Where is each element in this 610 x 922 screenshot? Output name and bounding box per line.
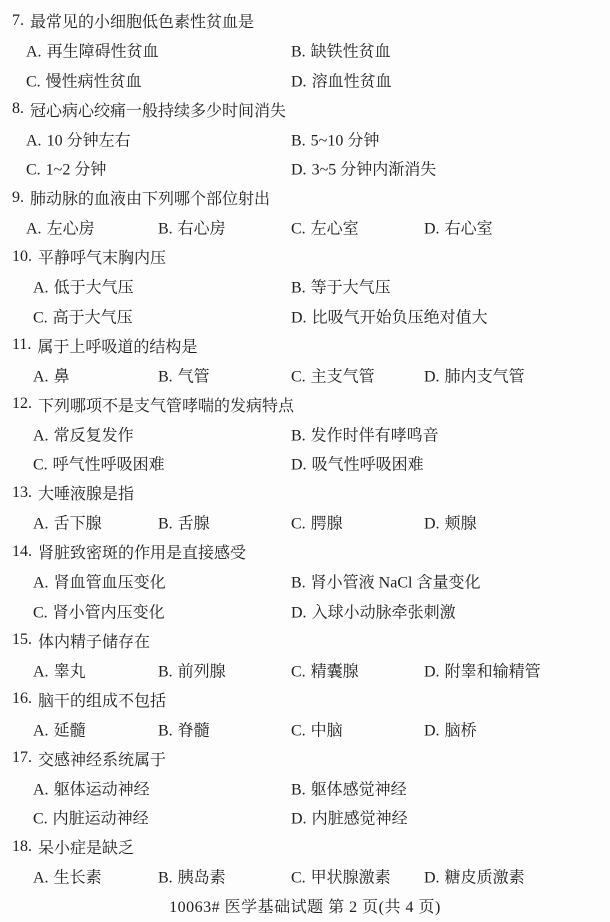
- option-d: D.脑桥: [424, 717, 477, 740]
- option-text: 呼气性呼吸困难: [53, 452, 165, 475]
- option-label: B.: [158, 870, 173, 888]
- question-number: 14.: [12, 543, 32, 561]
- options-row: A.再生障碍性贫血B.缺铁性贫血: [0, 36, 610, 66]
- option-label: D.: [424, 722, 440, 740]
- option-b: B.脊髓: [158, 717, 210, 740]
- option-b: B.胰岛素: [158, 865, 226, 888]
- question-text: 下列哪项不是支气管哮喘的发病特点: [38, 393, 294, 416]
- question-number: 15.: [12, 631, 32, 649]
- question-number: 7.: [12, 12, 24, 30]
- options-row: A.肾血管血压变化B.肾小管液 NaCl 含量变化: [0, 567, 610, 597]
- option-label: D.: [424, 368, 440, 386]
- option-d: D.比吸气开始负压绝对值大: [291, 304, 488, 327]
- question-text: 肺动脉的血液由下列哪个部位射出: [30, 186, 270, 209]
- options-row: C.内脏运动神经D.内脏感觉神经: [0, 803, 610, 833]
- question-text: 脑干的组成不包括: [38, 688, 166, 711]
- option-text: 慢性病性贫血: [46, 68, 142, 91]
- question-line: 9.肺动脉的血液由下列哪个部位射出: [0, 183, 610, 213]
- option-label: D.: [291, 73, 307, 91]
- option-label: C.: [291, 870, 306, 888]
- option-d: D.附睾和输精管: [424, 658, 541, 681]
- option-label: A.: [33, 722, 49, 740]
- option-a: A.鼻: [33, 363, 70, 386]
- option-a: A.舌下腺: [33, 511, 102, 534]
- option-text: 常反复发作: [54, 422, 134, 445]
- option-text: 鼻: [54, 363, 70, 386]
- question-number: 17.: [12, 749, 32, 767]
- option-d: D.吸气性呼吸困难: [291, 452, 424, 475]
- question-number: 10.: [12, 248, 32, 266]
- option-label: B.: [291, 781, 306, 799]
- option-label: B.: [291, 575, 306, 593]
- option-label: D.: [291, 604, 307, 622]
- options-row: C.1~2 分钟D.3~5 分钟内渐消失: [0, 154, 610, 184]
- option-d: D.溶血性贫血: [291, 68, 392, 91]
- question-number: 11.: [12, 336, 31, 354]
- question-line: 16.脑干的组成不包括: [0, 685, 610, 715]
- option-text: 脊髓: [178, 717, 210, 740]
- option-text: 10 分钟左右: [47, 127, 131, 150]
- option-text: 附睾和输精管: [445, 658, 541, 681]
- option-a: A.10 分钟左右: [26, 127, 131, 150]
- option-text: 肾小管内压变化: [53, 599, 165, 622]
- option-b: B.缺铁性贫血: [291, 39, 391, 62]
- option-a: A.低于大气压: [33, 275, 134, 298]
- options-row: A.生长素B.胰岛素C.甲状腺激素D.糖皮质激素: [0, 862, 610, 892]
- option-text: 右心房: [178, 216, 226, 239]
- options-row: A.鼻B.气管C.主支气管D.肺内支气管: [0, 360, 610, 390]
- question-number: 13.: [12, 484, 32, 502]
- option-b: B.5~10 分钟: [291, 127, 379, 150]
- question-text: 呆小症是缺乏: [38, 835, 134, 858]
- option-text: 右心室: [445, 216, 493, 239]
- option-a: A.生长素: [33, 865, 102, 888]
- option-text: 气管: [178, 363, 210, 386]
- option-label: B.: [158, 368, 173, 386]
- option-text: 甲状腺激素: [311, 865, 391, 888]
- option-b: B.舌腺: [158, 511, 210, 534]
- option-label: C.: [26, 162, 41, 180]
- option-text: 5~10 分钟: [311, 127, 380, 150]
- option-label: A.: [26, 221, 42, 239]
- question-number: 8.: [12, 100, 24, 118]
- option-label: C.: [33, 811, 48, 829]
- option-a: A.肾血管血压变化: [33, 570, 166, 593]
- question-text: 交感神经系统属于: [38, 747, 166, 770]
- option-text: 舌下腺: [54, 511, 102, 534]
- option-label: A.: [33, 575, 49, 593]
- option-label: D.: [424, 663, 440, 681]
- option-label: B.: [291, 44, 306, 62]
- options-row: C.慢性病性贫血D.溶血性贫血: [0, 65, 610, 95]
- question-number: 18.: [12, 838, 32, 856]
- options-row: A.10 分钟左右B.5~10 分钟: [0, 124, 610, 154]
- option-text: 精囊腺: [311, 658, 359, 681]
- option-label: A.: [33, 663, 49, 681]
- option-c: C.主支气管: [291, 363, 375, 386]
- option-text: 等于大气压: [311, 275, 391, 298]
- option-text: 舌腺: [178, 511, 210, 534]
- question-number: 12.: [12, 395, 32, 413]
- option-text: 糖皮质激素: [445, 865, 525, 888]
- question-text: 最常见的小细胞低色素性贫血是: [30, 9, 254, 32]
- question-text: 属于上呼吸道的结构是: [37, 334, 197, 357]
- option-text: 3~5 分钟内渐消失: [312, 157, 437, 180]
- option-c: C.1~2 分钟: [26, 157, 106, 180]
- option-label: C.: [291, 516, 306, 534]
- question-number: 16.: [12, 690, 32, 708]
- question-line: 17.交感神经系统属于: [0, 744, 610, 774]
- option-label: A.: [33, 280, 49, 298]
- option-text: 1~2 分钟: [46, 157, 107, 180]
- option-c: C.中脑: [291, 717, 343, 740]
- option-label: C.: [33, 309, 48, 327]
- question-line: 7.最常见的小细胞低色素性贫血是: [0, 6, 610, 36]
- option-label: B.: [158, 221, 173, 239]
- question-text: 肾脏致密斑的作用是直接感受: [38, 540, 246, 563]
- option-text: 肾小管液 NaCl 含量变化: [311, 570, 481, 593]
- options-row: C.高于大气压D.比吸气开始负压绝对值大: [0, 301, 610, 331]
- option-text: 低于大气压: [54, 275, 134, 298]
- question-text: 体内精子储存在: [38, 629, 150, 652]
- option-text: 高于大气压: [53, 304, 133, 327]
- option-text: 左心室: [311, 216, 359, 239]
- option-label: D.: [424, 870, 440, 888]
- options-row: A.睾丸B.前列腺C.精囊腺D.附睾和输精管: [0, 655, 610, 685]
- question-line: 18.呆小症是缺乏: [0, 832, 610, 862]
- option-b: B.躯体感觉神经: [291, 776, 407, 799]
- option-label: B.: [291, 427, 306, 445]
- option-d: D.糖皮质激素: [424, 865, 525, 888]
- option-label: D.: [424, 221, 440, 239]
- question-list: 7.最常见的小细胞低色素性贫血是A.再生障碍性贫血B.缺铁性贫血C.慢性病性贫血…: [0, 6, 610, 891]
- option-text: 躯体感觉神经: [311, 776, 407, 799]
- option-label: A.: [33, 516, 49, 534]
- option-text: 肾血管血压变化: [54, 570, 166, 593]
- option-label: A.: [33, 368, 49, 386]
- option-a: A.常反复发作: [33, 422, 134, 445]
- option-label: C.: [26, 73, 41, 91]
- question-text: 冠心病心绞痛一般持续多少时间消失: [30, 98, 286, 121]
- option-label: D.: [291, 811, 307, 829]
- options-row: A.躯体运动神经B.躯体感觉神经: [0, 773, 610, 803]
- option-label: B.: [291, 280, 306, 298]
- option-text: 中脑: [311, 717, 343, 740]
- option-text: 再生障碍性贫血: [47, 39, 159, 62]
- option-label: A.: [26, 44, 42, 62]
- options-row: A.常反复发作B.发作时伴有哮鸣音: [0, 419, 610, 449]
- option-text: 溶血性贫血: [312, 68, 392, 91]
- option-label: C.: [291, 368, 306, 386]
- option-text: 躯体运动神经: [54, 776, 150, 799]
- option-text: 左心房: [47, 216, 95, 239]
- option-a: A.延髓: [33, 717, 86, 740]
- option-c: C.精囊腺: [291, 658, 359, 681]
- option-label: C.: [33, 457, 48, 475]
- option-c: C.高于大气压: [33, 304, 133, 327]
- question-text: 大唾液腺是指: [38, 481, 134, 504]
- option-text: 睾丸: [54, 658, 86, 681]
- option-text: 比吸气开始负压绝对值大: [312, 304, 488, 327]
- question-line: 14.肾脏致密斑的作用是直接感受: [0, 537, 610, 567]
- option-text: 生长素: [54, 865, 102, 888]
- option-label: C.: [291, 663, 306, 681]
- option-label: A.: [33, 781, 49, 799]
- question-text: 平静呼气末胸内压: [38, 245, 166, 268]
- option-d: D.3~5 分钟内渐消失: [291, 157, 436, 180]
- option-text: 入球小动脉牵张刺激: [312, 599, 456, 622]
- option-label: A.: [33, 427, 49, 445]
- option-c: C.肾小管内压变化: [33, 599, 165, 622]
- option-label: D.: [291, 309, 307, 327]
- option-label: B.: [158, 663, 173, 681]
- exam-page: 7.最常见的小细胞低色素性贫血是A.再生障碍性贫血B.缺铁性贫血C.慢性病性贫血…: [0, 0, 610, 922]
- options-row: A.延髓B.脊髓C.中脑D.脑桥: [0, 714, 610, 744]
- option-text: 颊腺: [445, 511, 477, 534]
- option-b: B.前列腺: [158, 658, 226, 681]
- option-text: 吸气性呼吸困难: [312, 452, 424, 475]
- option-label: A.: [26, 132, 42, 150]
- option-a: A.睾丸: [33, 658, 86, 681]
- option-b: B.等于大气压: [291, 275, 391, 298]
- option-a: A.左心房: [26, 216, 95, 239]
- option-text: 延髓: [54, 717, 86, 740]
- option-text: 胰岛素: [178, 865, 226, 888]
- option-text: 肺内支气管: [445, 363, 525, 386]
- option-b: B.肾小管液 NaCl 含量变化: [291, 570, 480, 593]
- option-label: C.: [291, 722, 306, 740]
- option-c: C.左心室: [291, 216, 359, 239]
- question-line: 13.大唾液腺是指: [0, 478, 610, 508]
- question-line: 15.体内精子储存在: [0, 626, 610, 656]
- option-c: C.腭腺: [291, 511, 343, 534]
- option-c: C.内脏运动神经: [33, 806, 149, 829]
- option-text: 腭腺: [311, 511, 343, 534]
- option-label: B.: [158, 722, 173, 740]
- question-number: 9.: [12, 189, 24, 207]
- options-row: C.呼气性呼吸困难D.吸气性呼吸困难: [0, 449, 610, 479]
- options-row: A.低于大气压B.等于大气压: [0, 272, 610, 302]
- question-line: 8.冠心病心绞痛一般持续多少时间消失: [0, 95, 610, 125]
- option-a: A.再生障碍性贫血: [26, 39, 159, 62]
- option-label: C.: [291, 221, 306, 239]
- page-footer: 10063# 医学基础试题 第 2 页(共 4 页): [0, 891, 610, 921]
- option-label: D.: [424, 516, 440, 534]
- option-text: 内脏感觉神经: [312, 806, 408, 829]
- option-d: D.肺内支气管: [424, 363, 525, 386]
- option-text: 前列腺: [178, 658, 226, 681]
- option-label: B.: [291, 132, 306, 150]
- option-text: 脑桥: [445, 717, 477, 740]
- option-label: D.: [291, 162, 307, 180]
- option-label: B.: [158, 516, 173, 534]
- option-label: A.: [33, 870, 49, 888]
- option-label: C.: [33, 604, 48, 622]
- option-c: C.呼气性呼吸困难: [33, 452, 165, 475]
- option-d: D.右心室: [424, 216, 493, 239]
- option-text: 缺铁性贫血: [311, 39, 391, 62]
- option-c: C.慢性病性贫血: [26, 68, 142, 91]
- option-c: C.甲状腺激素: [291, 865, 391, 888]
- option-d: D.内脏感觉神经: [291, 806, 408, 829]
- question-line: 10.平静呼气末胸内压: [0, 242, 610, 272]
- question-line: 12.下列哪项不是支气管哮喘的发病特点: [0, 390, 610, 420]
- option-label: D.: [291, 457, 307, 475]
- options-row: A.舌下腺B.舌腺C.腭腺D.颊腺: [0, 508, 610, 538]
- option-text: 内脏运动神经: [53, 806, 149, 829]
- option-b: B.右心房: [158, 216, 226, 239]
- option-text: 主支气管: [311, 363, 375, 386]
- options-row: C.肾小管内压变化D.入球小动脉牵张刺激: [0, 596, 610, 626]
- option-d: D.颊腺: [424, 511, 477, 534]
- option-b: B.发作时伴有哮鸣音: [291, 422, 439, 445]
- option-text: 发作时伴有哮鸣音: [311, 422, 439, 445]
- options-row: A.左心房B.右心房C.左心室D.右心室: [0, 213, 610, 243]
- option-b: B.气管: [158, 363, 210, 386]
- option-a: A.躯体运动神经: [33, 776, 150, 799]
- question-line: 11.属于上呼吸道的结构是: [0, 331, 610, 361]
- option-d: D.入球小动脉牵张刺激: [291, 599, 456, 622]
